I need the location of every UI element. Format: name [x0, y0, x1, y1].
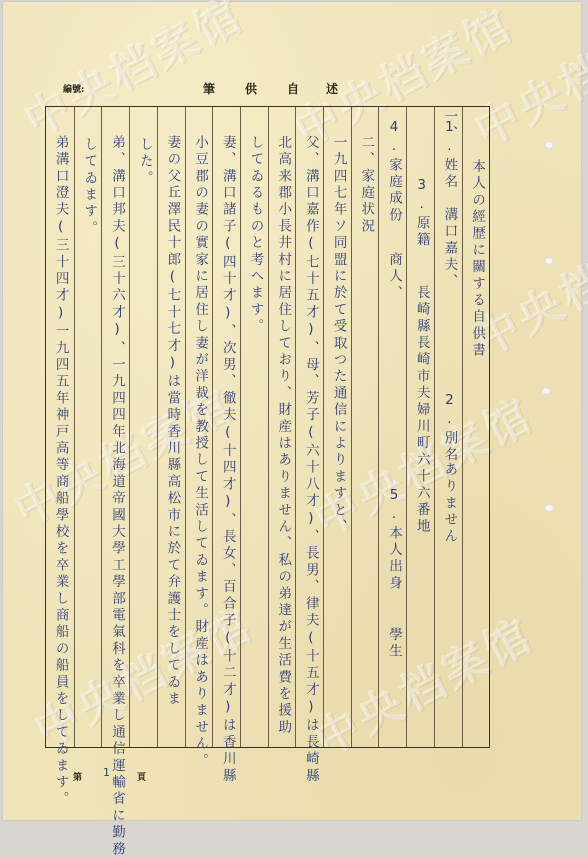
- handwritten-text: 溝口嘉夫、: [442, 207, 456, 291]
- handwritten-text: 一九四七年ソ同盟に於て受取つた通信によりますと、: [331, 135, 345, 536]
- file-number-label: 編號:: [63, 82, 84, 95]
- form-title-char: 自: [287, 80, 299, 97]
- form-title-char: 述: [326, 80, 338, 97]
- grid-column: 一、1.姓名溝口嘉夫、2.別名ありません: [434, 107, 463, 747]
- handwritten-text: 學生: [386, 627, 400, 660]
- grid-column: 本人の經歴に關する自供書: [462, 107, 491, 747]
- handwritten-text: 弟溝口澄夫(三十四才)一九四五年神戸高等商船學校を卒業し商船の船員をしてゐます。: [53, 135, 67, 808]
- handwritten-text: してゐます。: [82, 137, 96, 237]
- handwritten-text: 商人、: [386, 252, 400, 302]
- handwritten-text: 妻の父丘澤民十郎(七十七才)は當時香川縣高松市に於て弁護士をしてゐま: [165, 135, 179, 708]
- punch-hole: [544, 141, 554, 149]
- handwritten-text: 1.姓名: [442, 119, 456, 191]
- grid-column: 弟溝口澄夫(三十四才)一九四五年神戸高等商船學校を卒業し商船の船員をしてゐます。: [46, 107, 74, 747]
- handwritten-text: 父、溝口嘉作(七十五才)、母、芳子(六十八才)、長男、律夫(十五才)は長崎縣: [303, 135, 317, 785]
- grid-column: 妻、溝口諸子(四十才)、次男、徹夫(十四才)、長女、百合子(十二才)は香川縣: [212, 107, 241, 747]
- vertical-writing-grid: 弟溝口澄夫(三十四才)一九四五年神戸高等商船學校を卒業し商船の船員をしてゐます。…: [45, 106, 490, 748]
- handwritten-text: 長崎縣長崎市夫婦川町六十六番地: [414, 285, 428, 536]
- grid-column: した。: [129, 107, 158, 747]
- grid-column: 妻の父丘澤民十郎(七十七才)は當時香川縣高松市に於て弁護士をしてゐま: [157, 107, 186, 747]
- handwritten-text: 5.本人出身: [386, 487, 400, 592]
- punch-hole: [541, 387, 551, 395]
- handwritten-text: 弟、溝口邦夫(三十六才)、一九四四年北海道帝國大學工學部電氣科を卒業し通信運輸省…: [109, 135, 123, 826]
- grid-column: してゐます。: [74, 107, 103, 747]
- page-suffix: 頁: [137, 770, 146, 783]
- handwritten-text: 妻、溝口諸子(四十才)、次男、徹夫(十四才)、長女、百合子(十二才)は香川縣: [220, 135, 234, 785]
- form-title-char: 供: [245, 80, 257, 97]
- page-number: 1: [103, 766, 110, 779]
- handwritten-text: 二、家庭状況: [359, 135, 373, 235]
- handwritten-text: してゐるものと考へます。: [248, 135, 262, 335]
- grid-column: 一九四七年ソ同盟に於て受取つた通信によりますと、: [323, 107, 352, 747]
- grid-column: 二、家庭状況: [351, 107, 380, 747]
- handwritten-text: 本人の經歴に關する自供書: [470, 159, 484, 359]
- grid-column: してゐるものと考へます。: [240, 107, 269, 747]
- handwritten-text: した。: [137, 137, 151, 187]
- handwritten-text: 小豆郡の妻の實家に居住し妻が洋裁を教授して生活してゐます。財産はありません。: [193, 135, 207, 770]
- grid-column: 弟、溝口邦夫(三十六才)、一九四四年北海道帝國大學工學部電氣科を卒業し通信運輸省…: [101, 107, 130, 747]
- grid-column: 父、溝口嘉作(七十五才)、母、芳子(六十八才)、長男、律夫(十五才)は長崎縣: [295, 107, 324, 747]
- grid-column: 4.家庭成份商人、5.本人出身學生: [378, 107, 407, 747]
- grid-column: 北高来郡小長井村に居住しており、財産はありません、私の弟達が生活費を援助: [268, 107, 297, 747]
- grid-column: 3.原籍長崎縣長崎市夫婦川町六十六番地: [406, 107, 435, 747]
- handwritten-text: ありません: [442, 462, 456, 546]
- handwritten-text: 4.家庭成份: [386, 119, 400, 224]
- punch-hole: [544, 257, 554, 265]
- punch-hole: [544, 504, 554, 512]
- handwritten-text: 3.原籍: [414, 177, 428, 249]
- handwritten-text: 2.別名: [442, 392, 456, 464]
- grid-column: 小豆郡の妻の實家に居住し妻が洋裁を教授して生活してゐます。財産はありません。: [185, 107, 214, 747]
- form-title-char: 筆: [203, 80, 215, 97]
- page-prefix: 第: [73, 770, 82, 783]
- handwritten-text: 北高来郡小長井村に居住しており、財産はありません、私の弟達が生活費を援助: [276, 135, 290, 736]
